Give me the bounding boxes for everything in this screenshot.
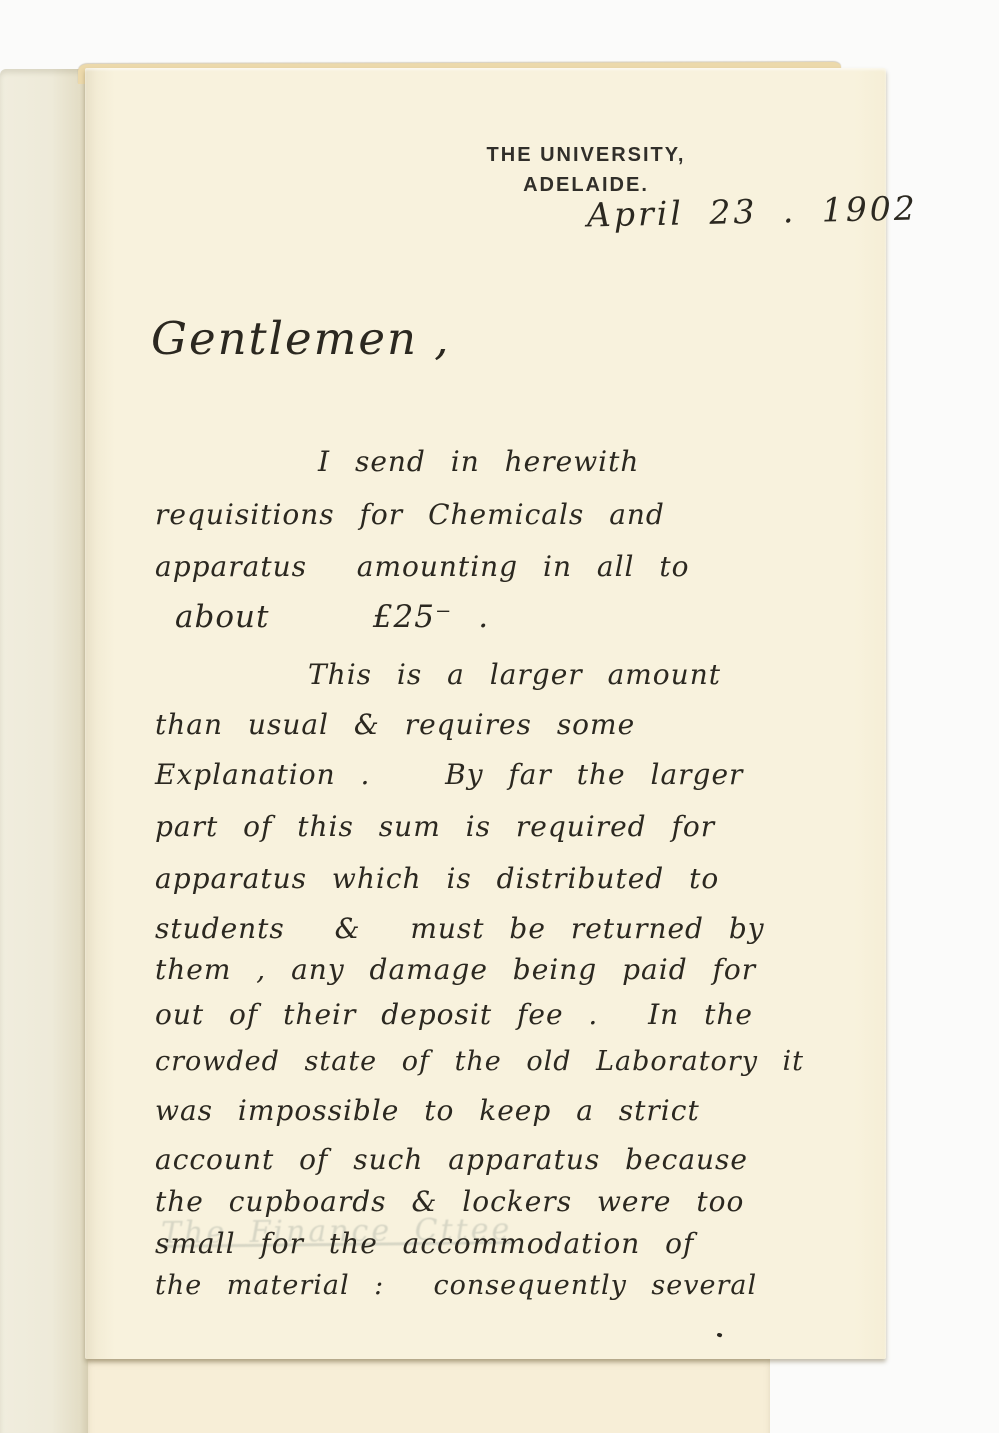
body-line-4: about £25⁻ . [155, 599, 920, 635]
body-line-7: Explanation . By far the larger [155, 758, 900, 791]
body-line-17: small for the accommodation of [155, 1227, 900, 1260]
body-line-11: them , any damage being paid for [155, 953, 900, 986]
body-line-3: apparatus amounting in all to [155, 550, 900, 583]
body-line-14: was impossible to keep a strict [155, 1094, 900, 1127]
body-line-18: the material : consequently several [155, 1270, 900, 1301]
letter-sheet: THE UNIVERSITY, ADELAIDE. April 23 . 190… [85, 68, 886, 1359]
underlying-page-bottom [88, 1355, 770, 1433]
handwritten-date: April 23 . 1902 [587, 189, 919, 235]
body-line-16: the cupboards & lockers were too [155, 1185, 900, 1218]
body-line-5: This is a larger amount [155, 658, 999, 691]
body-line-10: students & must be returned by [155, 912, 900, 945]
body-line-8: part of this sum is required for [155, 810, 900, 843]
body-line-15: account of such apparatus because [155, 1143, 900, 1176]
body-line-1: I send in herewith [155, 445, 999, 478]
body-line-6: than usual & requires some [155, 708, 900, 741]
underlying-page-left-edge [0, 69, 93, 1433]
body-line-13: crowded state of the old Laboratory it [155, 1046, 900, 1077]
salutation: Gentlemen , [151, 312, 451, 365]
body-line-12: out of their deposit fee . In the [155, 998, 900, 1031]
letterhead-university: THE UNIVERSITY, [440, 140, 732, 170]
ink-speck [716, 1332, 722, 1338]
body-line-9: apparatus which is distributed to [155, 862, 900, 895]
body-line-2: requisitions for Chemicals and [155, 498, 900, 531]
letterhead: THE UNIVERSITY, ADELAIDE. [440, 140, 732, 200]
scanned-letter-page: THE UNIVERSITY, ADELAIDE. April 23 . 190… [0, 0, 999, 1433]
